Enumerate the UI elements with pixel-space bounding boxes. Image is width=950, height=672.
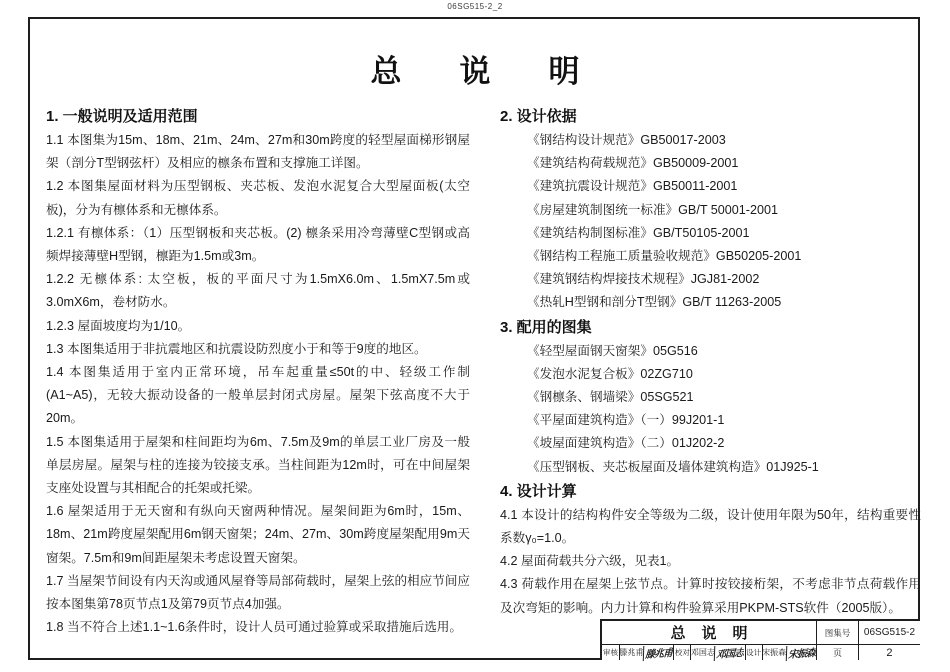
staff-role-label: 设计 [745, 645, 762, 660]
section-heading: 4. 设计计算 [500, 479, 921, 504]
reference-item: 《发泡水泥复合板》02ZG710 [500, 363, 921, 386]
reference-item: 《建筑结构荷载规范》GB50009-2001 [500, 152, 921, 175]
reference-item: 《平屋面建筑构造》（一）99J201-1 [500, 409, 921, 432]
note-paragraph: 1.2.1 有檩体系：（1）压型钢板和夹芯板。(2) 檩条采用冷弯薄壁C型钢或高… [46, 222, 470, 268]
staff-name: 邓国志 [690, 645, 714, 660]
note-paragraph: 1.2.2 无檩体系: 太空板，板的平面尺寸为1.5mX6.0m、1.5mX7.… [46, 268, 470, 314]
staff-name: 滕兆甫 [619, 645, 643, 660]
reference-item: 《热轧H型钢和剖分T型钢》GB/T 11263-2005 [500, 291, 921, 314]
document-header: 06SG515-2_2 [0, 2, 950, 11]
title-block-top-row: 总说明 图集号 06SG515-2 [602, 621, 920, 645]
page-number: 2 [858, 645, 920, 660]
design-basis-column: 2. 设计依据《钢结构设计规范》GB50017-2003《建筑结构荷载规范》GB… [500, 104, 921, 620]
page-number-label: 页 [816, 645, 858, 660]
reference-item: 《建筑钢结构焊接技术规程》JGJ81-2002 [500, 268, 921, 291]
note-paragraph: 1.7 当屋架节间设有内天沟或通风屋脊等局部荷载时，屋架上弦的相应节间应按本图集… [46, 570, 470, 616]
staff-role-label: 校对 [673, 645, 690, 660]
reference-item: 《坡屋面建筑构造》（二）01J202-2 [500, 432, 921, 455]
note-paragraph: 1.2.3 屋面坡度均为1/10。 [46, 315, 470, 338]
staff-role-label: 审核 [602, 645, 619, 660]
reference-item: 《轻型屋面钢天窗架》05G516 [500, 340, 921, 363]
staff-signature: 滕兆甫 [643, 644, 674, 661]
note-paragraph: 4.3 荷载作用在屋架上弦节点。计算时按铰接桁架，不考虑非节点荷载作用及次弯矩的… [500, 573, 921, 619]
reference-item: 《钢结构工程施工质量验收规范》GB50205-2001 [500, 245, 921, 268]
section-heading: 1. 一般说明及适用范围 [46, 104, 470, 129]
titleblock-title: 总说明 [602, 621, 816, 644]
staff-signature: 宋振森 [785, 644, 816, 661]
note-paragraph: 1.1 本图集为15m、18m、21m、24m、27m和30m跨度的轻型屋面梯形… [46, 129, 470, 175]
title-block: 总说明 图集号 06SG515-2 审核滕兆甫滕兆甫校对邓国志邓国志设计宋振森宋… [600, 619, 920, 660]
reference-item: 《建筑结构制图标准》GB/T50105-2001 [500, 222, 921, 245]
staff-name: 宋振森 [762, 645, 786, 660]
note-paragraph: 1.4 本图集适用于室内正常环境，吊车起重量≤50t的中、轻级工作制(A1~A5… [46, 361, 470, 431]
note-paragraph: 1.6 屋架适用于无天窗和有纵向天窗两种情况。屋架间距为6m时，15m、18m、… [46, 500, 470, 570]
atlas-number-label: 图集号 [816, 621, 858, 644]
atlas-number: 06SG515-2 [858, 621, 920, 644]
note-paragraph: 1.5 本图集适用于屋架和柱间距均为6m、7.5m及9m的单层工业厂房及一般单层… [46, 431, 470, 501]
note-paragraph: 4.2 屋面荷载共分六级，见表1。 [500, 550, 921, 573]
general-notes-column: 1. 一般说明及适用范围 1.1 本图集为15m、18m、21m、24m、27m… [46, 104, 470, 639]
note-paragraph: 1.3 本图集适用于非抗震地区和抗震设防烈度小于和等于9度的地区。 [46, 338, 470, 361]
section-heading: 3. 配用的图集 [500, 315, 921, 340]
reference-item: 《房屋建筑制图统一标准》GB/T 50001-2001 [500, 199, 921, 222]
title-block-bottom-row: 审核滕兆甫滕兆甫校对邓国志邓国志设计宋振森宋振森 页 2 [602, 645, 920, 660]
design-basis-sections: 2. 设计依据《钢结构设计规范》GB50017-2003《建筑结构荷载规范》GB… [500, 104, 921, 620]
note-paragraph: 1.8 当不符合上述1.1~1.6条件时，设计人员可通过验算或采取措施后选用。 [46, 616, 470, 639]
reference-item: 《钢檩条、钢墙梁》05SG521 [500, 386, 921, 409]
reference-item: 《建筑抗震设计规范》GB50011-2001 [500, 175, 921, 198]
reference-item: 《钢结构设计规范》GB50017-2003 [500, 129, 921, 152]
general-notes-paragraphs: 1.1 本图集为15m、18m、21m、24m、27m和30m跨度的轻型屋面梯形… [46, 129, 470, 639]
page-title: 总说明 [0, 46, 950, 91]
section-heading: 2. 设计依据 [500, 104, 921, 129]
note-paragraph: 1.2 本图集屋面材料为压型钢板、夹芯板、发泡水泥复合大型屋面板(太空板)，分为… [46, 175, 470, 221]
reference-item: 《压型钢板、夹芯板屋面及墙体建筑构造》01J925-1 [500, 456, 921, 479]
staff-signature: 邓国志 [714, 644, 745, 661]
note-paragraph: 4.1 本设计的结构构件安全等级为二级，设计使用年限为50年，结构重要性系数γ₀… [500, 504, 921, 550]
